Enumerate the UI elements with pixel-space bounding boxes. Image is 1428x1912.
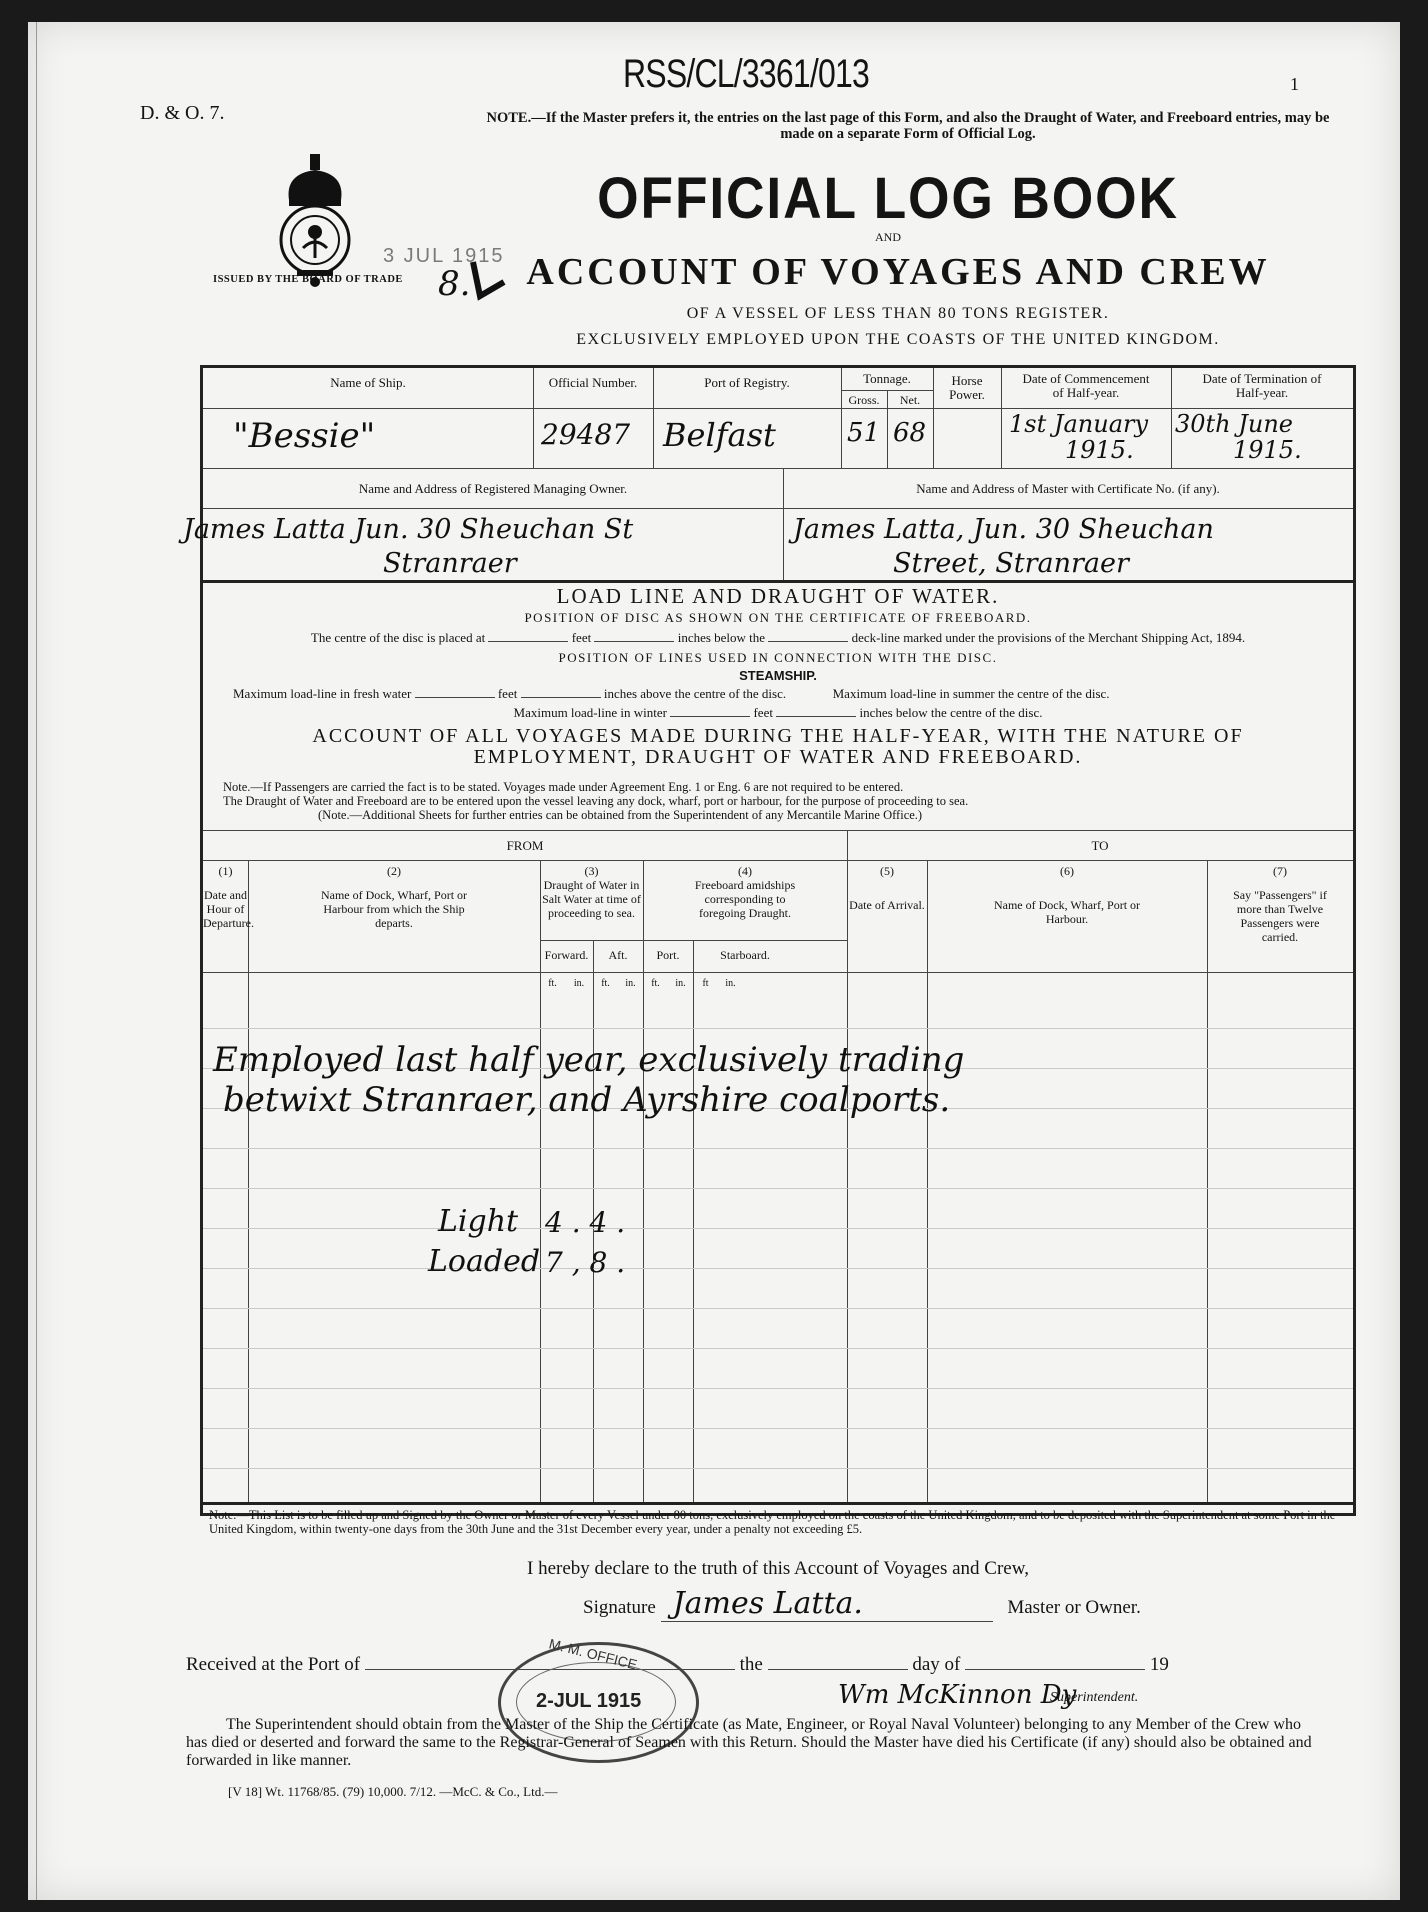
- disc-feet-label: feet: [572, 630, 591, 645]
- subtitle-line-3: EXCLUSIVELY EMPLOYED UPON THE COASTS OF …: [468, 331, 1328, 349]
- printer-line: [V 18] Wt. 11768/85. (79) 10,000. 7/12. …: [228, 1784, 557, 1800]
- superintendent-signature: Wm McKinnon Dy: [838, 1680, 1076, 1710]
- subtitle-line-2: OF A VESSEL OF LESS THAN 80 TONS REGISTE…: [468, 305, 1328, 323]
- col3-header: (3)Draught of Water in Salt Water at tim…: [540, 864, 643, 920]
- termination-date-line1: 30th June: [1175, 410, 1293, 438]
- net-tonnage-value: 68: [893, 418, 926, 448]
- disc-position-line: The centre of the disc is placed at feet…: [203, 630, 1353, 646]
- steamship-label: STEAMSHIP.: [203, 668, 1353, 683]
- loaded-draught-value: 7 , 8 .: [545, 1246, 625, 1279]
- master-or-owner-label: Master or Owner.: [1007, 1597, 1141, 1618]
- sub-forward: Forward.: [540, 948, 593, 962]
- sub-port: Port.: [643, 948, 693, 962]
- summer-text: Maximum load-line in summer the centre o…: [833, 686, 1110, 701]
- owner-name-address-line2: Stranraer: [383, 548, 517, 579]
- log-book-page: RSS/CL/3361/013 1 D. & O. 7. NOTE.—If th…: [28, 22, 1400, 1900]
- footer-note: Note.—This List is to be filled up and S…: [209, 1508, 1339, 1536]
- form-frame: Name of Ship. Official Number. Port of R…: [200, 365, 1356, 1516]
- winter-inches-field[interactable]: [776, 716, 856, 717]
- disc-text: The centre of the disc is placed at: [311, 630, 485, 645]
- header-horse-power: Horse Power.: [933, 374, 1001, 402]
- received-month-field[interactable]: [965, 1669, 1145, 1670]
- col2-header: (2)Name of Dock, Wharf, Port or Harbour …: [248, 864, 540, 930]
- from-label: FROM: [203, 838, 847, 854]
- header-name-of-ship: Name of Ship.: [203, 376, 533, 390]
- commencement-date-line1: 1st January: [1009, 410, 1148, 438]
- day-of-label: day of: [912, 1654, 960, 1675]
- signature-line: Signature James Latta. Master or Owner.: [583, 1586, 1141, 1622]
- stamp-date: 2-JUL 1915: [536, 1690, 641, 1713]
- col1-header: (1)Date and Hour of Departure.: [203, 864, 248, 930]
- received-line: Received at the Port of the day of 19: [186, 1654, 1306, 1676]
- deck-line-label: deck-line marked under the provisions of…: [852, 630, 1246, 645]
- entry-line1: Employed last half year, exclusively tra…: [213, 1040, 964, 1080]
- header-gross: Gross.: [841, 393, 887, 407]
- received-day-field[interactable]: [768, 1669, 908, 1670]
- winter-inches-label: inches below the centre of the disc.: [859, 705, 1042, 720]
- master-name-address-line1: James Latta, Jun. 30 Sheuchan: [793, 514, 1214, 545]
- deck-line-field[interactable]: [768, 641, 848, 642]
- royal-crest-icon: [275, 152, 355, 287]
- col5-header: (5)Date of Arrival.: [847, 864, 927, 912]
- document-title: OFFICIAL LOG BOOK: [538, 165, 1237, 232]
- issued-by-label: ISSUED BY THE BOARD OF TRADE: [213, 274, 403, 285]
- ship-name-value: "Bessie": [233, 416, 375, 456]
- voyages-note: Note.—If Passengers are carried the fact…: [223, 780, 1343, 822]
- voyages-note-line3: (Note.—Additional Sheets for further ent…: [223, 808, 1343, 822]
- the-label: the: [740, 1654, 763, 1675]
- winter-feet-label: feet: [753, 705, 772, 720]
- header-termination: Date of Termination of Half-year.: [1171, 372, 1353, 400]
- title-and: AND: [508, 230, 1268, 245]
- light-label: Light: [438, 1204, 518, 1239]
- sub-aft: Aft.: [593, 948, 643, 962]
- col7-header: (7)Say "Passengers" if more than Twelve …: [1207, 864, 1353, 944]
- superintendent-instructions: The Superintendent should obtain from th…: [186, 1716, 1316, 1770]
- header-port-of-registry: Port of Registry.: [653, 376, 841, 390]
- page-number: 1: [1290, 74, 1299, 95]
- load-line-heading: LOAD LINE AND DRAUGHT OF WATER.: [203, 584, 1353, 609]
- fresh-inches-label: inches above the centre of the disc.: [604, 686, 786, 701]
- voyages-heading-line1: ACCOUNT OF ALL VOYAGES MADE DURING THE H…: [203, 726, 1353, 747]
- handwritten-mark: 8.: [438, 264, 470, 304]
- header-tonnage: Tonnage.: [841, 372, 933, 386]
- document-subtitle: ACCOUNT OF VOYAGES AND CREW: [468, 250, 1328, 294]
- superintendent-label: Superintendent.: [1050, 1690, 1138, 1706]
- commencement-date-line2: 1915.: [1065, 436, 1134, 464]
- col6-header: (6)Name of Dock, Wharf, Port or Harbour.: [927, 864, 1207, 926]
- header-commencement: Date of Commencement of Half-year.: [1001, 372, 1171, 400]
- sub-starboard: Starboard.: [693, 948, 847, 962]
- top-note: NOTE.—If the Master prefers it, the entr…: [468, 110, 1348, 142]
- signature-label: Signature: [583, 1597, 656, 1618]
- voyages-note-line2: The Draught of Water and Freeboard are t…: [223, 794, 1343, 808]
- header-net: Net.: [887, 393, 933, 407]
- fresh-water-line: Maximum load-line in fresh water feet in…: [233, 686, 1110, 702]
- disc-feet-field[interactable]: [488, 641, 568, 642]
- disc-inches-field[interactable]: [594, 641, 674, 642]
- loaded-label: Loaded: [428, 1244, 540, 1279]
- received-at-label: Received at the Port of: [186, 1654, 360, 1675]
- termination-date-line2: 1915.: [1233, 436, 1302, 464]
- gross-tonnage-value: 51: [847, 418, 880, 448]
- lines-heading: POSITION OF LINES USED IN CONNECTION WIT…: [203, 650, 1353, 666]
- fresh-feet-field[interactable]: [415, 697, 495, 698]
- signature-value: James Latta.: [661, 1586, 993, 1622]
- owner-header: Name and Address of Registered Managing …: [203, 482, 783, 496]
- voyages-heading: ACCOUNT OF ALL VOYAGES MADE DURING THE H…: [203, 726, 1353, 768]
- official-number-value: 29487: [541, 418, 630, 451]
- master-name-address-line2: Street, Stranraer: [893, 548, 1129, 579]
- disc-inches-label: inches below the: [678, 630, 765, 645]
- year-prefix: 19: [1150, 1654, 1169, 1675]
- archive-reference: RSS/CL/3361/013: [623, 52, 869, 97]
- entry-line2: betwixt Stranraer, and Ayrshire coalport…: [223, 1080, 950, 1120]
- form-code: D. & O. 7.: [140, 102, 224, 125]
- winter-feet-field[interactable]: [670, 716, 750, 717]
- winter-line: Maximum load-line in winter feet inches …: [203, 705, 1353, 721]
- unit-labels: ft.in. ft.in. ft.in. ftin.: [540, 978, 847, 989]
- voyages-heading-line2: EMPLOYMENT, DRAUGHT OF WATER AND FREEBOA…: [203, 747, 1353, 768]
- fresh-feet-label: feet: [498, 686, 517, 701]
- col4-header: (4)Freeboard amidships corresponding to …: [643, 864, 847, 920]
- to-label: TO: [847, 838, 1353, 854]
- master-header: Name and Address of Master with Certific…: [783, 482, 1353, 496]
- voyages-note-line1: Note.—If Passengers are carried the fact…: [223, 780, 1343, 794]
- port-of-registry-value: Belfast: [663, 416, 776, 454]
- light-draught-value: 4 . 4 .: [545, 1206, 625, 1239]
- disc-heading: POSITION OF DISC AS SHOWN ON THE CERTIFI…: [203, 610, 1353, 626]
- fresh-inches-field[interactable]: [521, 697, 601, 698]
- owner-name-address-line1: James Latta Jun. 30 Sheuchan St: [183, 514, 633, 545]
- winter-text: Maximum load-line in winter: [514, 705, 667, 720]
- header-official-number: Official Number.: [533, 376, 653, 390]
- declaration-text: I hereby declare to the truth of this Ac…: [203, 1558, 1353, 1580]
- fresh-text: Maximum load-line in fresh water: [233, 686, 411, 701]
